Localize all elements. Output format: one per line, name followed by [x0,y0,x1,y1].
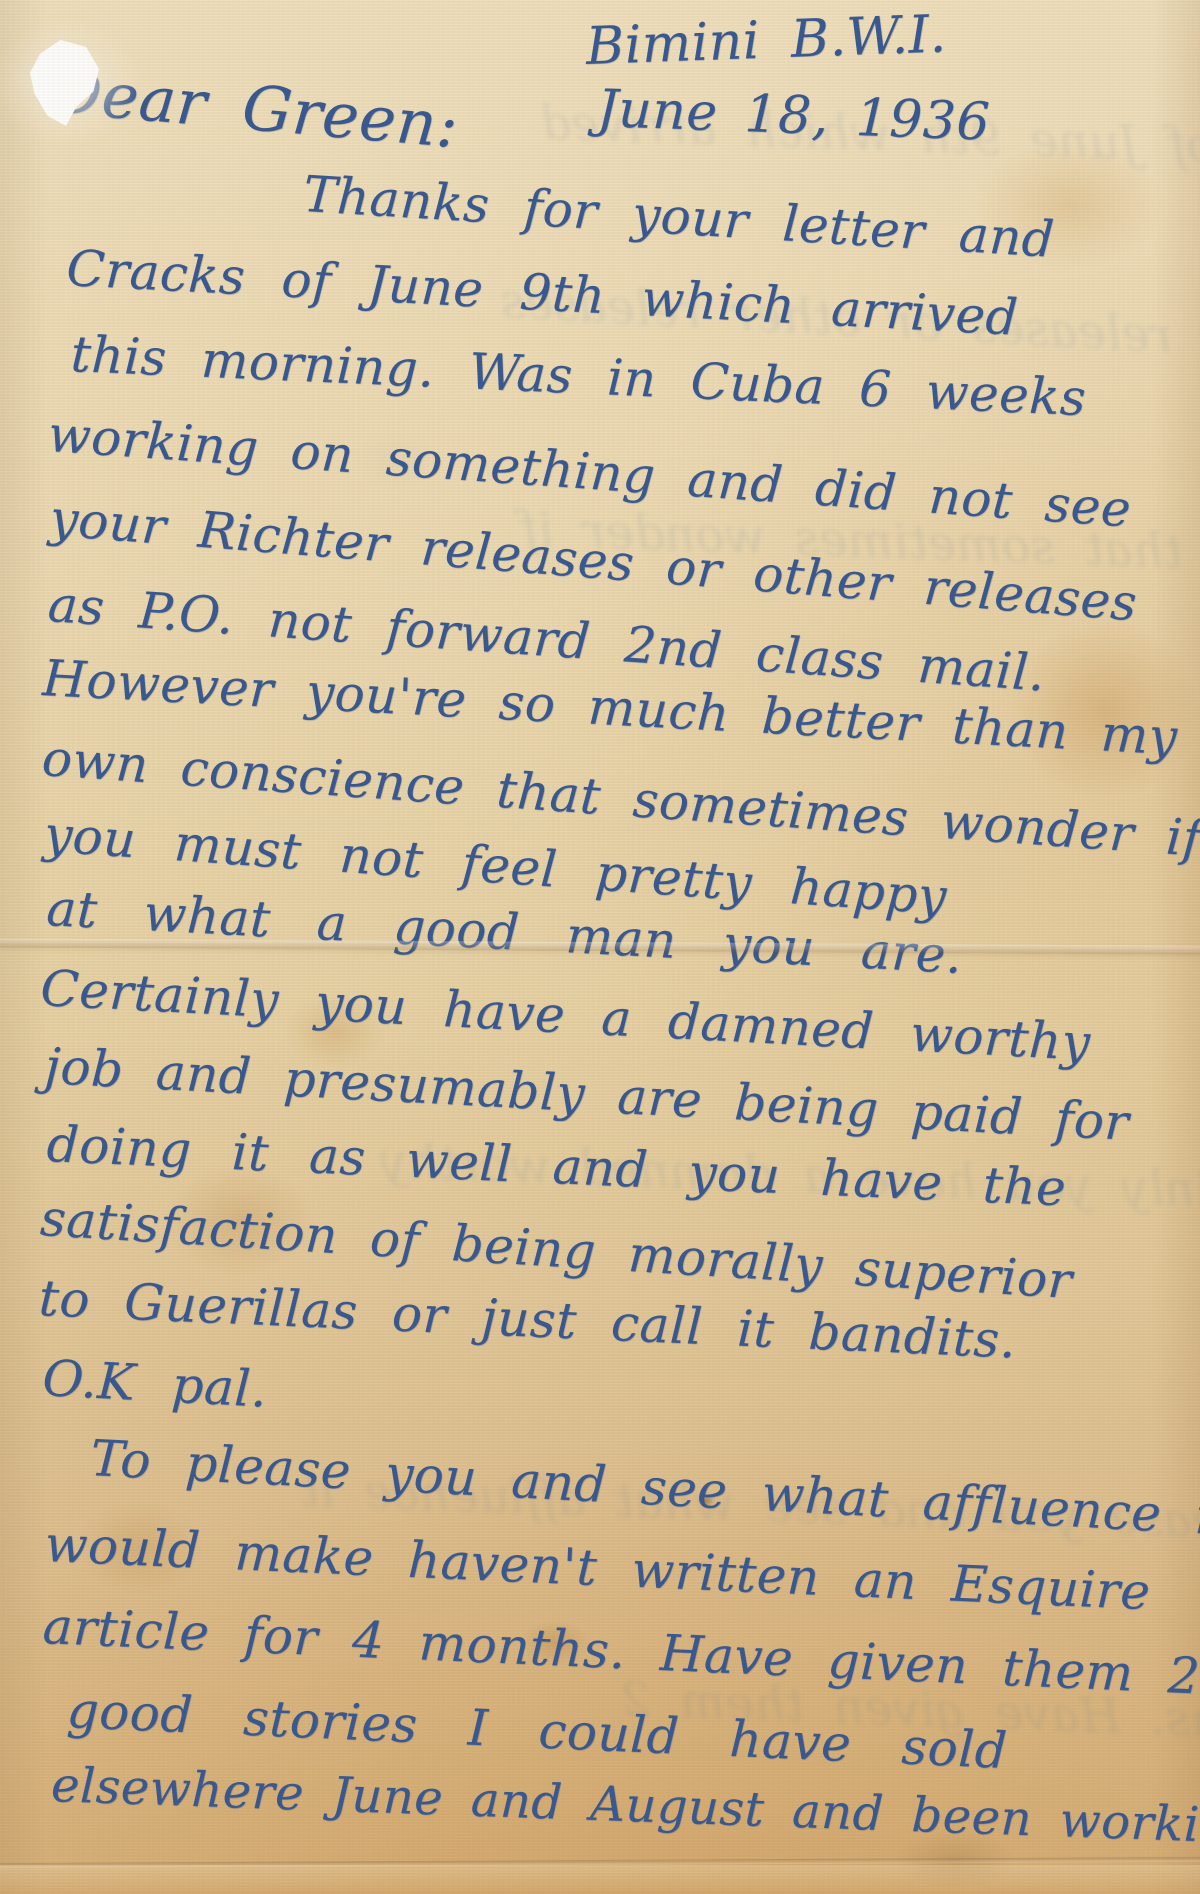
letter-line: O.K pal. [41,1352,268,1416]
letter-scan: Cracks of June 9th which arrivedyour Ric… [0,0,1200,1894]
letter-date: June 18, 1936 [596,82,991,150]
bottom-fold-band [0,1865,1200,1894]
letter-location: Bimini B.W.I. [585,7,947,74]
